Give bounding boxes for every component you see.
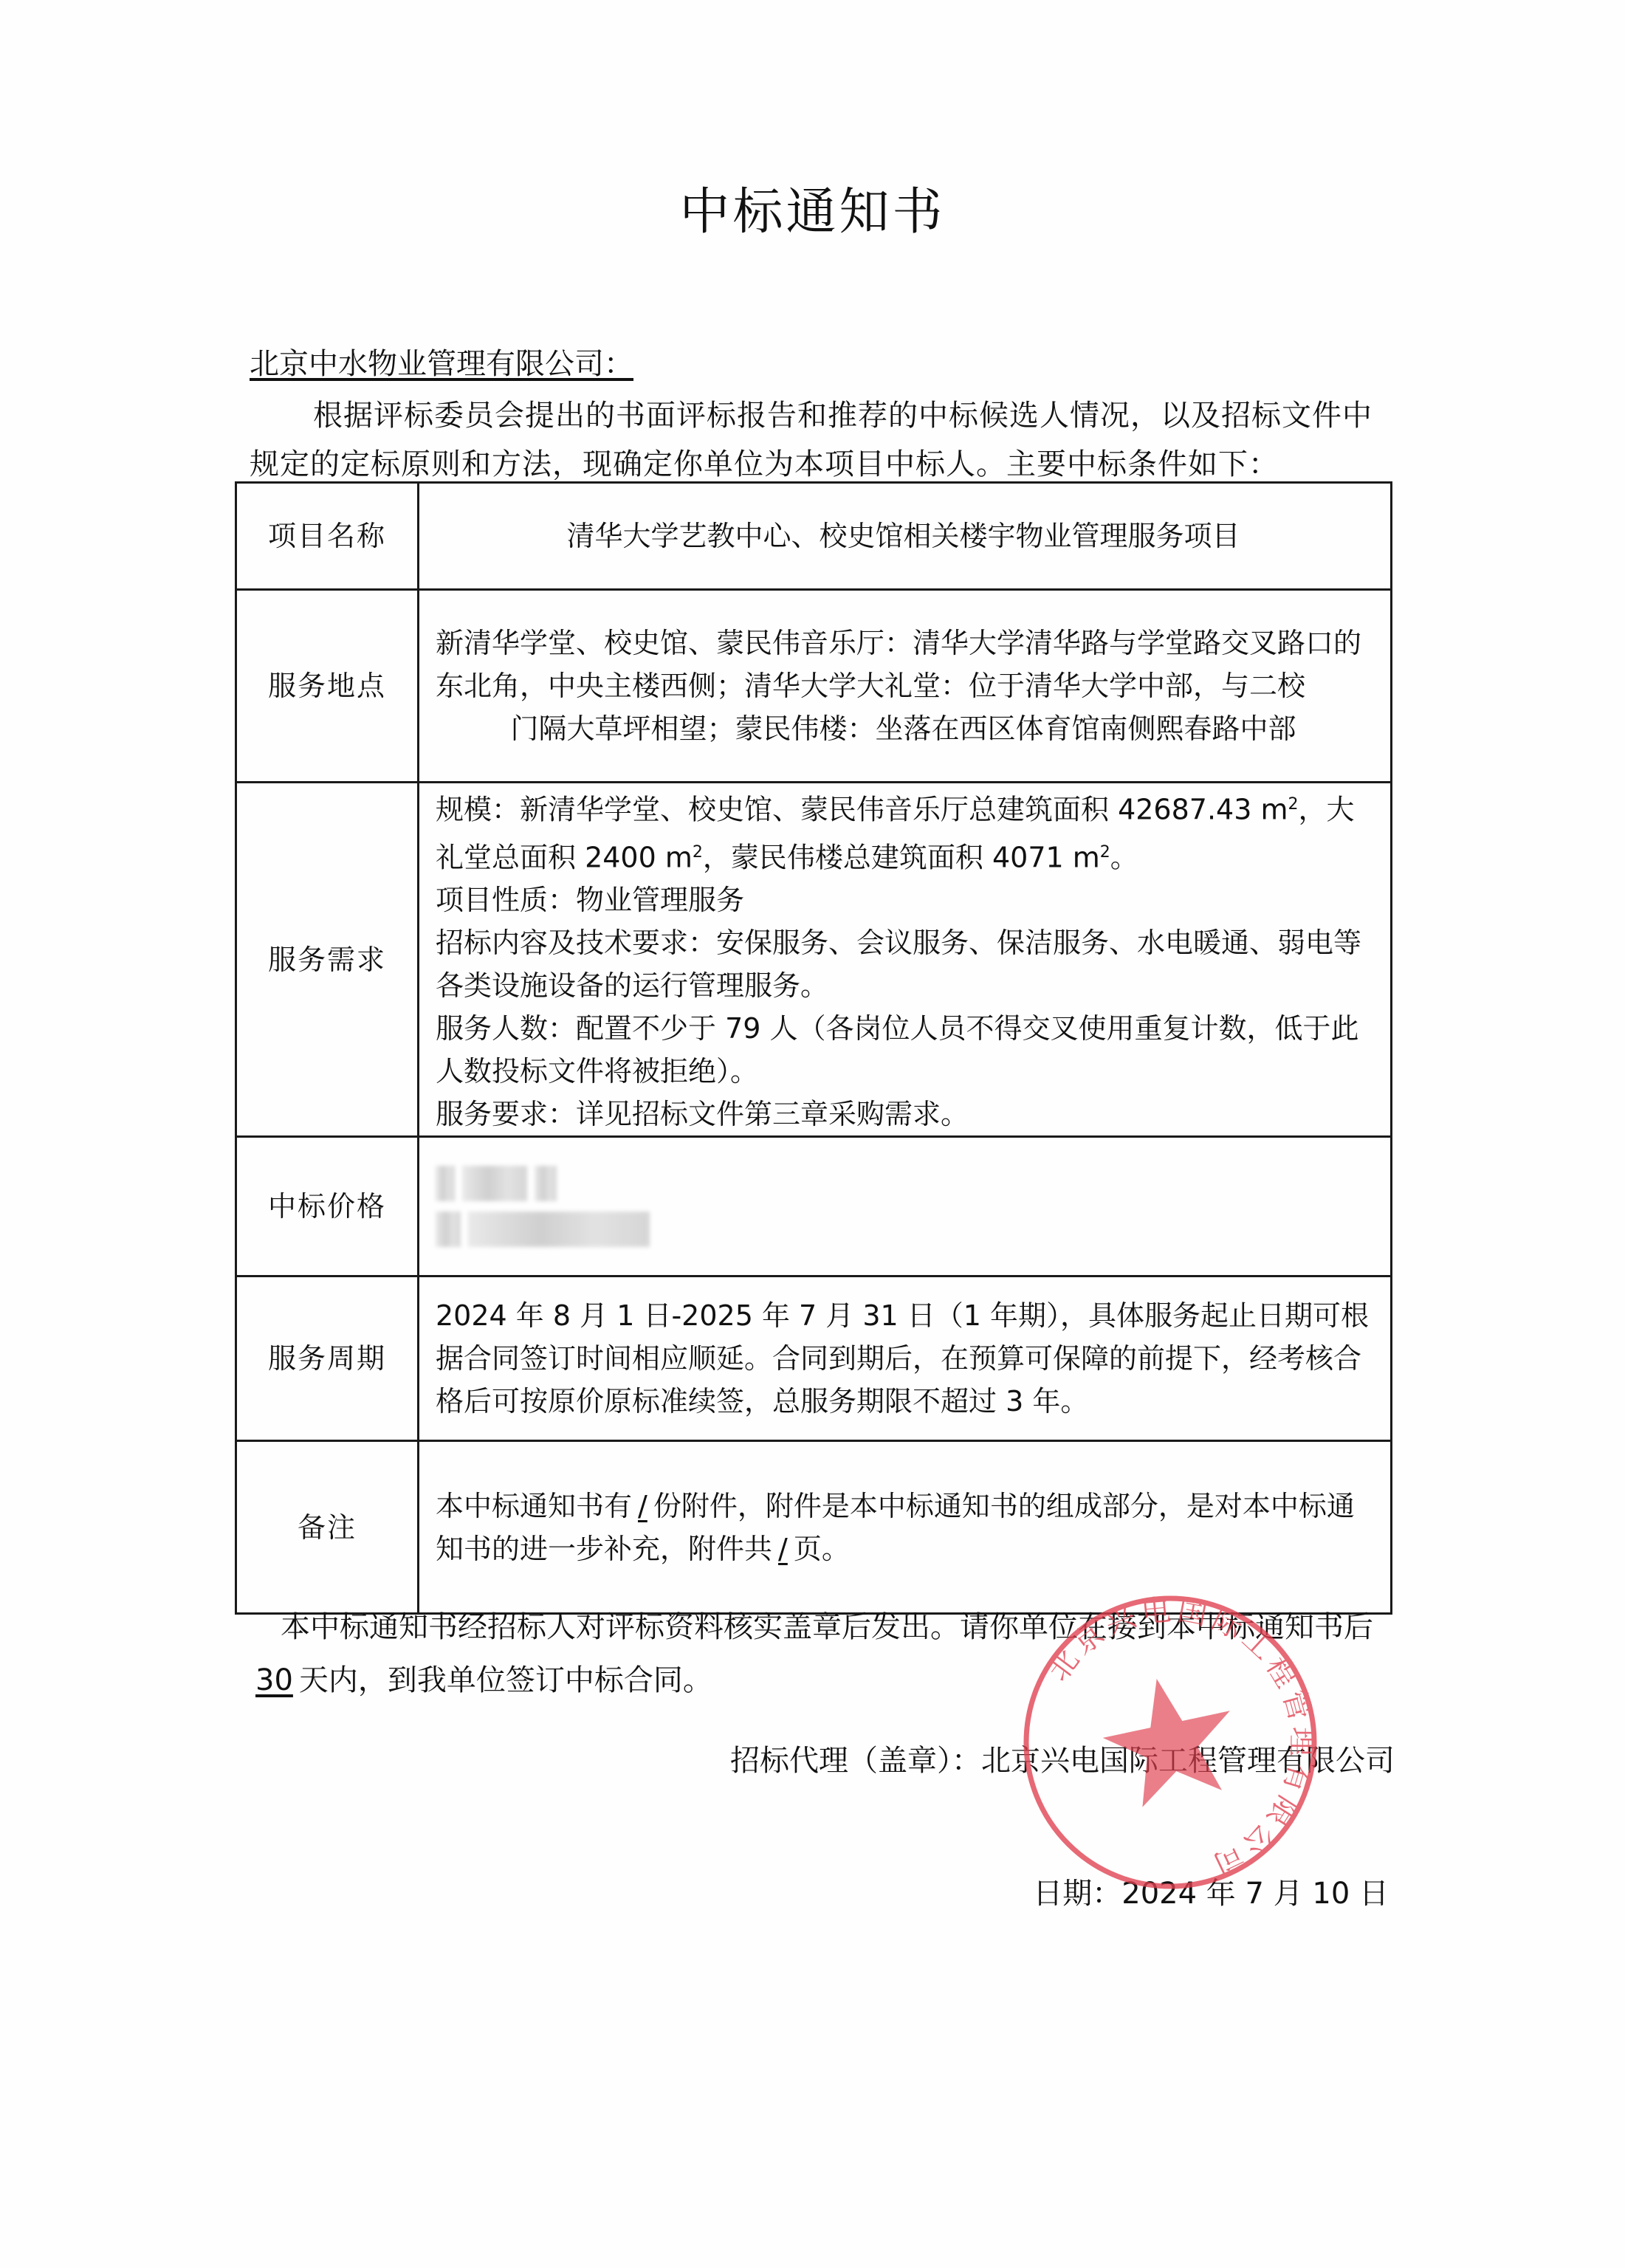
- row-label: 服务周期: [236, 1276, 419, 1441]
- location-text: 新清华学堂、校史馆、蒙民伟音乐厅：清华大学清华路与学堂路交叉路口的东北角，中央主…: [436, 627, 1361, 702]
- requirement-text: 服务要求：详见招标文件第三章采购需求。: [436, 1093, 1371, 1135]
- nature-text: 项目性质：物业管理服务: [436, 879, 1371, 921]
- document-title: 中标通知书: [0, 183, 1625, 242]
- location-text-last-line: 门隔大草坪相望；蒙民伟楼：坐落在西区体育馆南侧熙春路中部: [436, 707, 1371, 750]
- table-row-project-name: 项目名称 清华大学艺教中心、校史馆相关楼宇物业管理服务项目: [236, 483, 1392, 590]
- remarks-value: 本中标通知书有/份附件，附件是本中标通知书的组成部分，是对本中标通知书的进一步补…: [419, 1441, 1392, 1614]
- award-terms-table: 项目名称 清华大学艺教中心、校史馆相关楼宇物业管理服务项目 服务地点 新清华学堂…: [235, 481, 1392, 1615]
- award-price-redacted: [419, 1137, 1392, 1276]
- table-row-remarks: 备注 本中标通知书有/份附件，附件是本中标通知书的组成部分，是对本中标通知书的进…: [236, 1441, 1392, 1614]
- row-label: 服务需求: [236, 783, 419, 1137]
- addressee: 北京中水物业管理有限公司：: [250, 346, 633, 382]
- attachment-count-blank: /: [632, 1490, 653, 1522]
- row-label: 备注: [236, 1441, 419, 1614]
- intro-paragraph: 根据评标委员会提出的书面评标报告和推荐的中标候选人情况，以及招标文件中规定的定标…: [250, 391, 1401, 489]
- table-row-award-price: 中标价格: [236, 1137, 1392, 1276]
- tender-agent-signature: 招标代理（盖章）：北京兴电国际工程管理有限公司: [730, 1742, 1395, 1779]
- service-location-value: 新清华学堂、校史馆、蒙民伟音乐厅：清华大学清华路与学堂路交叉路口的东北角，中央主…: [419, 590, 1392, 783]
- service-period-value: 2024 年 8 月 1 日-2025 年 7 月 31 日（1 年期），具体服…: [419, 1276, 1392, 1441]
- attachment-pages-blank: /: [772, 1533, 794, 1565]
- staff-text: 服务人数：配置不少于 79 人（各岗位人员不得交叉使用重复计数，低于此人数投标文…: [436, 1007, 1371, 1093]
- content-text: 招标内容及技术要求：安保服务、会议服务、保洁服务、水电暖通、弱电等各类设施设备的…: [436, 921, 1371, 1007]
- project-name-value: 清华大学艺教中心、校史馆相关楼宇物业管理服务项目: [419, 483, 1392, 590]
- service-requirements-value: 规模：新清华学堂、校史馆、蒙民伟音乐厅总建筑面积 42687.43 m2，大礼堂…: [419, 783, 1392, 1137]
- table-row-service-requirements: 服务需求 规模：新清华学堂、校史馆、蒙民伟音乐厅总建筑面积 42687.43 m…: [236, 783, 1392, 1137]
- table-row-service-location: 服务地点 新清华学堂、校史馆、蒙民伟音乐厅：清华大学清华路与学堂路交叉路口的东北…: [236, 590, 1392, 783]
- redacted-line: [436, 1212, 1371, 1247]
- row-label: 中标价格: [236, 1137, 419, 1276]
- scale-text: 规模：新清华学堂、校史馆、蒙民伟音乐厅总建筑面积 42687.43 m2，大礼堂…: [436, 783, 1371, 879]
- days-blank: 30: [250, 1663, 299, 1697]
- table-row-service-period: 服务周期 2024 年 8 月 1 日-2025 年 7 月 31 日（1 年期…: [236, 1276, 1392, 1441]
- issue-date: 日期：2024 年 7 月 10 日: [1033, 1875, 1389, 1912]
- redacted-line: [436, 1166, 1371, 1201]
- closing-paragraph: 本中标通知书经招标人对评标资料核实盖章后发出。请你单位在接到本中标通知书后30天…: [250, 1601, 1401, 1707]
- row-label: 项目名称: [236, 483, 419, 590]
- row-label: 服务地点: [236, 590, 419, 783]
- award-notice-page: 中标通知书 北京中水物业管理有限公司： 根据评标委员会提出的书面评标报告和推荐的…: [0, 0, 1625, 2268]
